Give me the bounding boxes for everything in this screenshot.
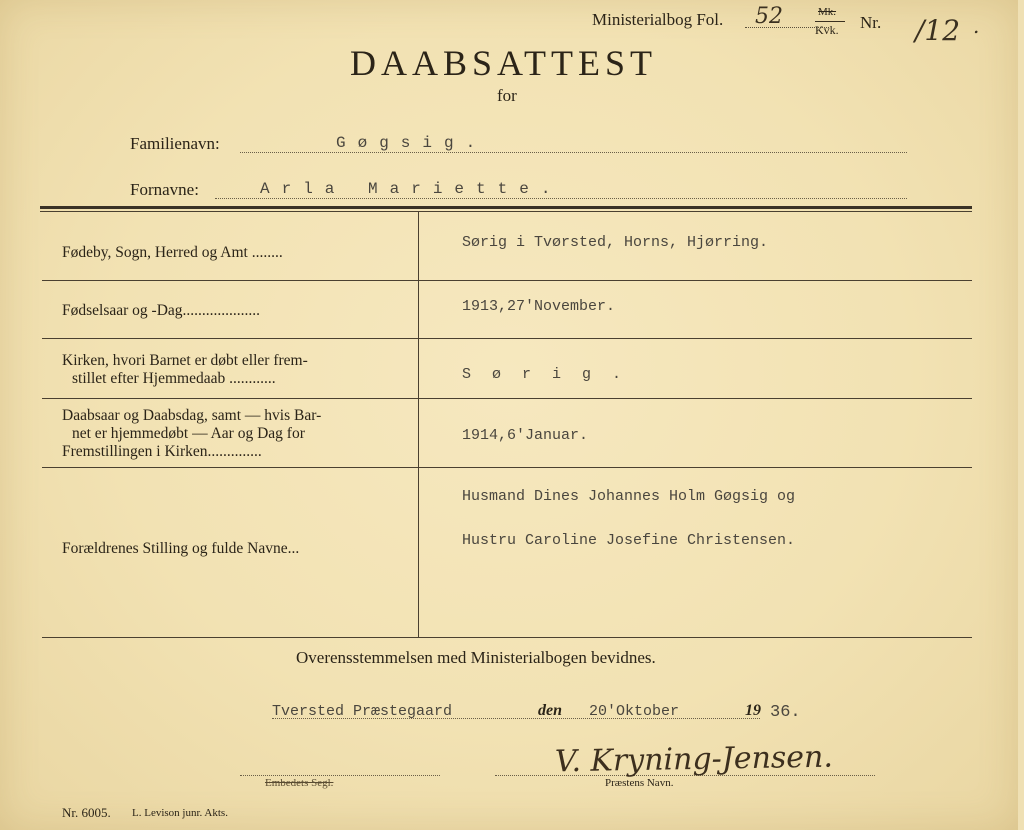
table-row-value: 1914,6'Januar. (462, 427, 588, 444)
century-prefix: 19 (745, 702, 761, 720)
seal-label: Embedets Segl. (265, 777, 333, 789)
table-row-label-line: Fremstillingen i Kirken.............. (62, 443, 262, 460)
table-row-label-line: Daabsaar og Daabsdag, samt — hvis Bar- (62, 407, 321, 424)
scan-margin (0, 830, 1024, 837)
table-row-label-line: stillet efter Hjemmedaab ............ (72, 370, 276, 387)
document-subtitle: for (497, 86, 517, 106)
number-label: Nr. (860, 13, 881, 33)
table-column-divider (418, 212, 419, 637)
document-title: DAABSATTEST (350, 42, 657, 84)
form-number: Nr. 6005. (62, 805, 111, 821)
table-row-value-line: Hustru Caroline Josefine Christensen. (462, 532, 795, 549)
table-row-label: Fødeby, Sogn, Herred og Amt ........ (62, 244, 283, 261)
table-row-label: Fødselsaar og -Dag.................... (62, 302, 260, 319)
table-row-value: 1913,27'November. (462, 298, 615, 315)
certificate-paper: Ministerialbog Fol. 52 Mk. Kvk. Nr. /12 … (0, 0, 1018, 830)
ministerialbog-label: Ministerialbog Fol. (592, 10, 723, 30)
printer-name: L. Levison junr. Akts. (132, 807, 228, 819)
year-suffix: 36. (770, 703, 801, 722)
table-row-value: S ø r i g . (462, 366, 627, 383)
book-type-struck: Mk. (818, 6, 836, 18)
row-divider (42, 280, 972, 281)
row-divider (42, 338, 972, 339)
priest-label: Præstens Navn. (605, 777, 673, 789)
family-name-value: Gøgsig. (336, 134, 487, 152)
attestation-statement: Overensstemmelsen med Ministerialbogen b… (296, 648, 656, 668)
place-value: Tversted Præstegaard (272, 703, 452, 720)
seal-dotted-line (240, 775, 440, 776)
row-divider (42, 398, 972, 399)
entry-number: /12 (915, 14, 960, 47)
priest-signature: V. Kryning-Jensen. (555, 740, 833, 780)
row-divider (42, 467, 972, 468)
book-type: Kvk. (815, 23, 839, 38)
fraction-line (815, 21, 845, 22)
family-name-label: Familienavn: (130, 134, 220, 154)
table-row-label: Forældrenes Stilling og fulde Navne... (62, 540, 299, 557)
table-row-label-line: Kirken, hvori Barnet er døbt eller frem- (62, 352, 308, 369)
table-bottom-rule (42, 637, 972, 638)
table-top-rule-thin (40, 211, 972, 212)
given-name-value: Arla Mariette. (260, 180, 562, 198)
table-row-value-line: Husmand Dines Johannes Holm Gøgsig og (462, 488, 795, 505)
date-value: 20'Oktober (589, 703, 679, 720)
table-row-value: Sørig i Tvørsted, Horns, Hjørring. (462, 234, 768, 251)
folio-number: 52 (755, 4, 783, 29)
den-label: den (538, 702, 562, 720)
given-name-label: Fornavne: (130, 180, 199, 200)
table-top-rule (40, 206, 972, 209)
table-row-label-line: net er hjemmedøbt — Aar og Dag for (72, 425, 305, 442)
entry-number-dot: . (973, 14, 979, 38)
